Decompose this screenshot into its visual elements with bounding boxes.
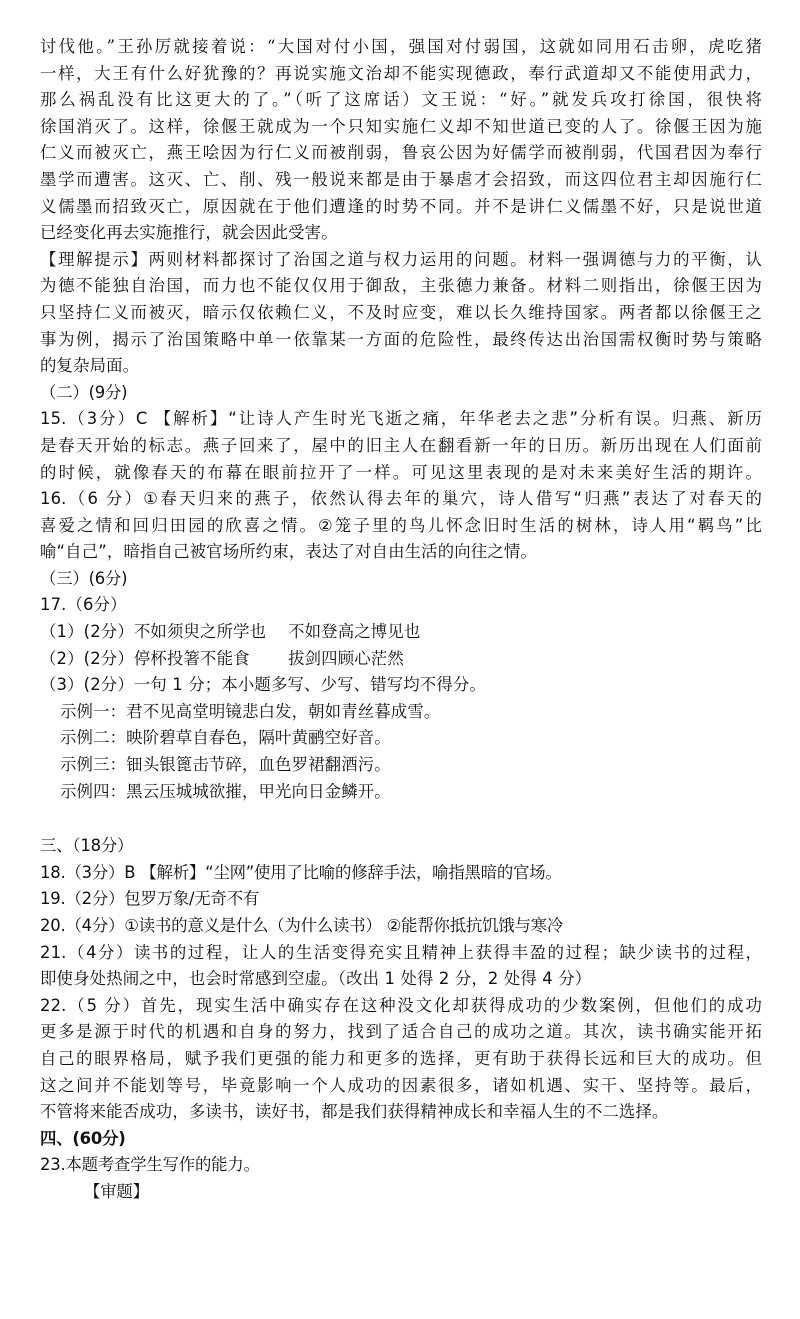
text-line: 【理解提示】两则材料都探讨了治国之道与权力运用的问题。材料一强调德与力的平衡，认 [40,247,762,274]
example-line: 示例四：黑云压城城欲摧，甲光向日金鳞开。 [40,779,762,806]
text-line: 徐国消灭了。这样，徐偃王就成为一个只知实施仁义却不知世道已变的人了。徐偃王因为施 [40,114,762,141]
example-line: 示例三：钿头银篦击节碎，血色罗裙翻酒污。 [40,752,762,779]
sub-answer: （1）(2分）不如须臾之所学也 不如登高之博见也 [40,619,762,646]
text-line: 一样，大王有什么好犹豫的？再说实施文治却不能实现德政，奉行武道却又不能使用武力， [40,61,762,88]
text-line: 只坚持仁义而被灭，暗示仅依赖仁义，不及时应变，难以长久维持国家。两者都以徐偃王之 [40,300,762,327]
text-line: 不管将来能否成功，多读书，读好书，都是我们获得精神成长和幸福人生的不二选择。 [40,1099,762,1126]
question-16-answer: 16.（6 分）①春天归来的燕子，依然认得去年的巢穴，诗人借写“归燕”表达了对春… [40,486,762,566]
text-line: 为德不能独自治国，而力也不能仅仅用于御敌，主张德力兼备。材料二则指出，徐偃王因为 [40,273,762,300]
text-line: 那么祸乱没有比这更大的了。”（听了这席话）文王说：“好。”就发兵攻打徐国，很快将 [40,87,762,114]
spacer [40,805,762,833]
text-line: 的时候，就像春天的布幕在眼前拉开了一样。可见这里表现的是对未来美好生活的期许。 [40,460,762,487]
question-heading: 17.（6分） [40,592,762,619]
answer-key-page: 讨伐他。”王孙厉就接着说：“大国对付小国，强国对付弱国，这就如同用石击卵，虎吃猪… [40,34,762,1206]
section-heading: （三）(6分) [40,566,762,593]
text-line: 仁义而被灭亡，燕王哙因为行仁义而被削弱，鲁哀公因为好儒学而被削弱，代国君因为奉行 [40,140,762,167]
question-17-answer: 17.（6分） （1）(2分）不如须臾之所学也 不如登高之博见也 （2）(2分）… [40,592,762,805]
sub-answer: （2）(2分）停杯投箸不能食 拔剑四顾心茫然 [40,646,762,673]
question-20-answer: 20.（4分）①读书的意义是什么（为什么读书） ②能帮你抵抗饥饿与寒冷 [40,913,762,940]
text-line: 义儒墨而招致灭亡，原因就在于他们遭逢的时势不同。并不是讲仁义儒墨不好，只是说世道 [40,194,762,221]
text-line: 喻“自己”，暗指自己被官场所约束，表达了对自由生活的向往之情。 [40,539,762,566]
understanding-tip-paragraph: 【理解提示】两则材料都探讨了治国之道与权力运用的问题。材料一强调德与力的平衡，认… [40,247,762,380]
text-line: 讨伐他。”王孙厉就接着说：“大国对付小国，强国对付弱国，这就如同用石击卵，虎吃猪 [40,34,762,61]
example-line: 示例二：映阶碧草自春色，隔叶黄鹂空好音。 [40,725,762,752]
question-19-answer: 19.（2分）包罗万象/无奇不有 [40,886,762,913]
question-15-answer: 15.（3分）C 【解析】“让诗人产生时光飞逝之痛，年华老去之悲”分析有误。归燕… [40,406,762,486]
sub-answer: （3）(2分）一句 1 分；本小题多写、少写、错写均不得分。 [40,672,762,699]
text-line: 这之间并不能划等号，毕竟影响一个人成功的因素很多，诸如机遇、实干、坚持等。最后， [40,1073,762,1100]
example-line: 示例一：君不见高堂明镜悲白发，朝如青丝暮成雪。 [40,699,762,726]
text-line: 15.（3分）C 【解析】“让诗人产生时光飞逝之痛，年华老去之悲”分析有误。归燕… [40,406,762,433]
text-line: 喜爱之情和回归田园的欣喜之情。②笼子里的鸟儿怀念旧时生活的树林，诗人用“羁鸟”比 [40,513,762,540]
question-23-answer: 23.本题考查学生写作的能力。 [40,1152,762,1179]
text-line: 16.（6 分）①春天归来的燕子，依然认得去年的巢穴，诗人借写“归燕”表达了对春… [40,486,762,513]
text-line: 22.（5 分）首先，现实生活中确实存在这种没文化却获得成功的少数案例，但他们的… [40,993,762,1020]
text-line: 即使身处热闹之中，也会时常感到空虚。（改出 1 处得 2 分，2 处得 4 分） [40,966,762,993]
text-line: 事为例，揭示了治国策略中单一依靠某一方面的危险性，最终传达出治国需权衡时势与策略 [40,327,762,354]
section-heading: （二）(9分) [40,380,762,407]
text-line: 墨学而遭害。这灭、亡、削、残一般说来都是由于暴虐才会招致，而这四位君主却因施行仁 [40,167,762,194]
sub-heading: 【审题】 [40,1179,762,1206]
text-line: 已经变化再去实施推行，就会因此受害。 [40,220,762,247]
text-line: 更多是源于时代的机遇和自身的努力，找到了适合自己的成功之道。其次，读书确实能开拓 [40,1019,762,1046]
question-18-answer: 18.（3分）B 【解析】“尘网”使用了比喻的修辞手法，喻指黑暗的官场。 [40,860,762,887]
question-22-answer: 22.（5 分）首先，现实生活中确实存在这种没文化却获得成功的少数案例，但他们的… [40,993,762,1126]
part-heading: 四、(60分) [40,1126,762,1153]
text-line: 自己的眼界格局，赋予我们更强的能力和更多的选择，更有助于获得长远和巨大的成功。但 [40,1046,762,1073]
question-21-answer: 21.（4分）读书的过程，让人的生活变得充实且精神上获得丰盈的过程；缺少读书的过… [40,940,762,993]
text-line: 的复杂局面。 [40,353,762,380]
part-heading: 三、（18分） [40,833,762,860]
text-line: 是春天开始的标志。燕子回来了，屋中的旧主人在翻看新一年的日历。新历出现在人们面前 [40,433,762,460]
material-translation-paragraph: 讨伐他。”王孙厉就接着说：“大国对付小国，强国对付弱国，这就如同用石击卵，虎吃猪… [40,34,762,247]
text-line: 21.（4分）读书的过程，让人的生活变得充实且精神上获得丰盈的过程；缺少读书的过… [40,940,762,967]
